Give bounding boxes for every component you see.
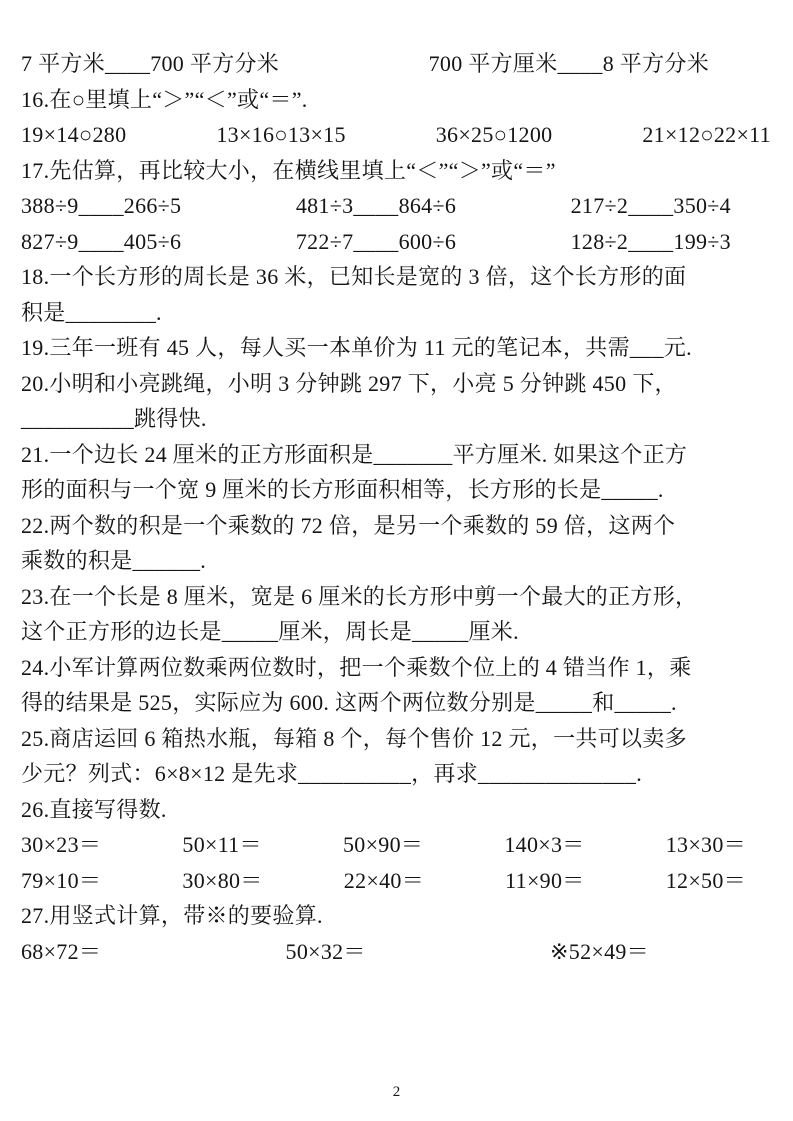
comparison-item: 19×14○280 — [21, 117, 126, 153]
worksheet-page: 7 平方米____700 平方分米 700 平方厘米____8 平方分米 16.… — [21, 46, 773, 969]
area-unit-conversion-row: 7 平方米____700 平方分米 700 平方厘米____8 平方分米 — [21, 46, 709, 82]
q23-line-2: 这个正方形的边长是_____厘米，周长是_____厘米. — [21, 614, 773, 650]
q26-title: 26.直接写得数. — [21, 792, 773, 828]
vertical-calc-item: 68×72＝ — [21, 934, 101, 970]
q17-title: 17.先估算，再比较大小，在横线里填上“＜”“＞”或“＝” — [21, 153, 773, 189]
comparison-item: 36×25○1200 — [436, 117, 553, 153]
q25-line-2: 少元？列式：6×8×12 是先求__________，再求___________… — [21, 756, 773, 792]
q24-line-2: 得的结果是 525，实际应为 600. 这两个两位数分别是_____和_____… — [21, 685, 773, 721]
calc-item: 22×40＝ — [344, 863, 424, 899]
conversion-blank-1: 7 平方米____700 平方分米 — [21, 46, 279, 82]
estimate-item: 722÷7____600÷6 — [296, 224, 456, 260]
estimate-item: 388÷9____266÷5 — [21, 188, 181, 224]
q20-line-1: 20.小明和小亮跳绳，小明 3 分钟跳 297 下，小亮 5 分钟跳 450 下… — [21, 366, 773, 402]
q16-title: 16.在○里填上“＞”“＜”或“＝”. — [21, 82, 773, 118]
q17-row-2: 827÷9____405÷6 722÷7____600÷6 128÷2____1… — [21, 224, 731, 260]
calc-item: 140×3＝ — [504, 827, 584, 863]
q18-line-1: 18.一个长方形的周长是 36 米，已知长是宽的 3 倍，这个长方形的面 — [21, 259, 773, 295]
calc-item: 30×80＝ — [182, 863, 262, 899]
calc-item: 12×50＝ — [666, 863, 746, 899]
q16-comparison-row: 19×14○280 13×16○13×15 36×25○1200 21×12○2… — [21, 117, 771, 153]
calc-item: 50×11＝ — [182, 827, 261, 863]
q23-line-1: 23.在一个长是 8 厘米，宽是 6 厘米的长方形中剪一个最大的正方形， — [21, 579, 773, 615]
q17-row-1: 388÷9____266÷5 481÷3____864÷6 217÷2____3… — [21, 188, 731, 224]
estimate-item: 217÷2____350÷4 — [571, 188, 731, 224]
q18-line-2: 积是________. — [21, 295, 773, 331]
page-number: 2 — [0, 1082, 793, 1102]
q22-line-2: 乘数的积是______. — [21, 543, 773, 579]
q21-line-1: 21.一个边长 24 厘米的正方形面积是_______平方厘米. 如果这个正方 — [21, 437, 773, 473]
q26-row-2: 79×10＝ 30×80＝ 22×40＝ 11×90＝ 12×50＝ — [21, 863, 746, 899]
q25-line-1: 25.商店运回 6 箱热水瓶，每箱 8 个，每个售价 12 元，一共可以卖多 — [21, 721, 773, 757]
vertical-calc-item: 50×32＝ — [286, 934, 366, 970]
q20-line-2: __________跳得快. — [21, 401, 773, 437]
calc-item: 11×90＝ — [505, 863, 584, 899]
conversion-blank-2: 700 平方厘米____8 平方分米 — [429, 46, 709, 82]
calc-item: 50×90＝ — [343, 827, 423, 863]
calc-item: 13×30＝ — [666, 827, 746, 863]
q24-line-1: 24.小军计算两位数乘两位数时，把一个乘数个位上的 4 错当作 1，乘 — [21, 650, 773, 686]
q19-line: 19.三年一班有 45 人，每人买一本单价为 11 元的笔记本，共需___元. — [21, 330, 773, 366]
q27-title: 27.用竖式计算，带※的要验算. — [21, 898, 773, 934]
calc-item: 79×10＝ — [21, 863, 101, 899]
comparison-item: 21×12○22×11 — [642, 117, 771, 153]
comparison-item: 13×16○13×15 — [216, 117, 345, 153]
q22-line-1: 22.两个数的积是一个乘数的 72 倍，是另一个乘数的 59 倍，这两个 — [21, 508, 773, 544]
estimate-item: 128÷2____199÷3 — [571, 224, 731, 260]
q26-row-1: 30×23＝ 50×11＝ 50×90＝ 140×3＝ 13×30＝ — [21, 827, 746, 863]
q27-row: 68×72＝ 50×32＝ ※52×49＝ — [21, 934, 649, 970]
estimate-item: 827÷9____405÷6 — [21, 224, 181, 260]
vertical-calc-item: ※52×49＝ — [550, 934, 649, 970]
q21-line-2: 形的面积与一个宽 9 厘米的长方形面积相等，长方形的长是_____. — [21, 472, 773, 508]
calc-item: 30×23＝ — [21, 827, 101, 863]
estimate-item: 481÷3____864÷6 — [296, 188, 456, 224]
